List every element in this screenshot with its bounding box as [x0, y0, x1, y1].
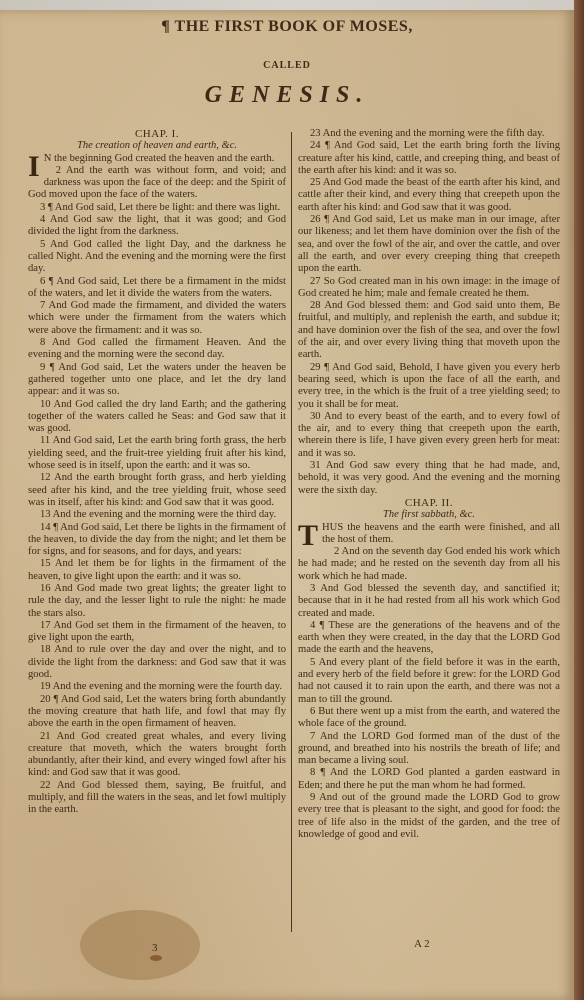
verse: 5 And God called the light Day, and the … [28, 239, 286, 276]
verse-list: 23 And the evening and the morning were … [298, 128, 560, 497]
verse: 6 ¶ And God said, Let there be a firmame… [28, 276, 286, 301]
verse: HUS the heavens and the earth were finis… [298, 522, 560, 547]
page-number: 3 [152, 942, 158, 954]
verse: 28 And God blessed them: and God said un… [298, 300, 560, 361]
book-name: GENESIS. [0, 82, 574, 109]
verse: 11 And God said, Let the earth bring for… [28, 435, 286, 472]
verse: 27 So God created man in his own image: … [298, 276, 560, 301]
verse: 4 And God saw the light, that it was goo… [28, 214, 286, 239]
signature-mark: A 2 [414, 938, 430, 950]
chapter-summary: The creation of heaven and earth, &c. [28, 140, 286, 152]
verse: 29 ¶ And God said, Behold, I have given … [298, 362, 560, 411]
book-title: ¶ THE FIRST BOOK OF MOSES, [0, 18, 574, 36]
book-page: ¶ THE FIRST BOOK OF MOSES, CALLED GENESI… [0, 10, 574, 1000]
verse: 30 And to every beast of the earth, and … [298, 411, 560, 460]
verse: 7 And the LORD God formed man of the dus… [298, 731, 560, 768]
verse: 9 And out of the ground made the LORD Go… [298, 792, 560, 841]
book-binding-edge [574, 0, 584, 1000]
verse: 9 ¶ And God said, Let the waters under t… [28, 362, 286, 399]
verse: 19 And the evening and the morning were … [28, 681, 286, 693]
verse: 10 And God called the dry land Earth; an… [28, 399, 286, 436]
verse-list: T HUS the heavens and the earth were fin… [298, 522, 560, 842]
drop-cap: I [28, 154, 40, 180]
verse: 22 And God blessed them, saying, Be frui… [28, 780, 286, 817]
verse: 21 And God created great whales, and eve… [28, 731, 286, 780]
verse: 3 And God blessed the seventh day, and s… [298, 583, 560, 620]
column-divider [291, 132, 292, 932]
chapter-summary: The first sabbath, &c. [298, 509, 560, 521]
verse-list: I N the beginning God created the heaven… [28, 153, 286, 817]
left-column: CHAP. I. The creation of heaven and eart… [28, 128, 286, 817]
verse: 5 And every plant of the field before it… [298, 657, 560, 706]
verse: 18 And to rule over the day and over the… [28, 644, 286, 681]
verse: 8 And God called the firmament Heaven. A… [28, 337, 286, 362]
chapter-heading: CHAP. II. [298, 497, 560, 509]
verse: 2 And the earth was without form, and vo… [28, 165, 286, 202]
stain [150, 955, 162, 961]
verse: 6 But there went up a mist from the eart… [298, 706, 560, 731]
verse: 2 And on the seventh day God ended his w… [298, 546, 560, 583]
verse: 25 And God made the beast of the earth a… [298, 177, 560, 214]
verse: 14 ¶ And God said, Let there be lights i… [28, 522, 286, 559]
verse: 23 And the evening and the morning were … [298, 128, 560, 140]
stain [80, 910, 200, 980]
drop-cap: T [298, 523, 318, 549]
chapter-heading: CHAP. I. [28, 128, 286, 140]
verse: 31 And God saw every thing that he had m… [298, 460, 560, 497]
verse: 26 ¶ And God said, Let us make man in ou… [298, 214, 560, 275]
verse: 8 ¶ And the LORD God planted a garden ea… [298, 767, 560, 792]
called-label: CALLED [0, 60, 574, 71]
verse: 7 And God made the firmament, and divide… [28, 300, 286, 337]
verse: 20 ¶ And God said, Let the waters bring … [28, 694, 286, 731]
verse: 17 And God set them in the firmament of … [28, 620, 286, 645]
right-column: 23 And the evening and the morning were … [298, 128, 560, 841]
verse: N the beginning God created the heaven a… [28, 153, 286, 165]
verse: 3 ¶ And God said, Let there be light: an… [28, 202, 286, 214]
verse: 16 And God made two great lights; the gr… [28, 583, 286, 620]
verse: 4 ¶ These are the generations of the hea… [298, 620, 560, 657]
verse: 24 ¶ And God said, Let the earth bring f… [298, 140, 560, 177]
verse: 12 And the earth brought forth grass, an… [28, 472, 286, 509]
verse: 15 And let them be for lights in the fir… [28, 558, 286, 583]
verse: 13 And the evening and the morning were … [28, 509, 286, 521]
